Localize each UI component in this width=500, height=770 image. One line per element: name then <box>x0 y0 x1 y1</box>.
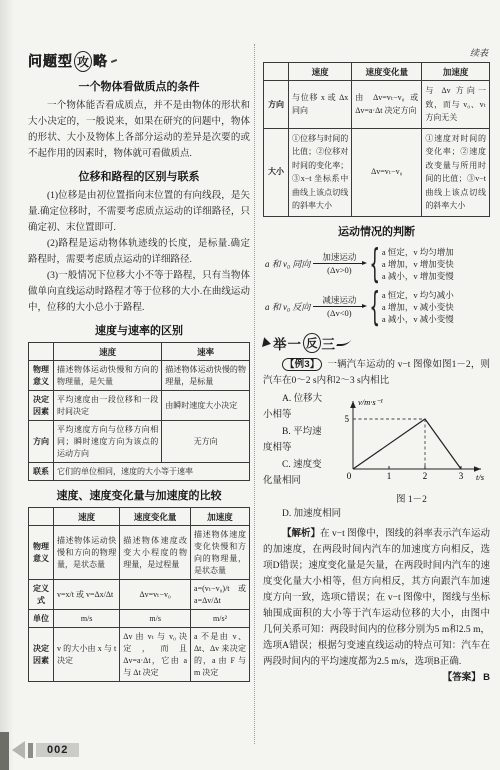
table-row: 决定因素 v 的大小由 x 与 t 决定 Δv 由 vₜ 与 v₀ 决定，而且 … <box>29 628 250 682</box>
cell: a 不是由 v、Δt、Δv 来决定的，a 由 F 与 m 决定 <box>191 628 250 682</box>
flow-process: 减速运动 <box>322 295 356 305</box>
cell: 由 Δv=vₜ−v₀ 或 Δv=a·Δt 决定方向 <box>352 81 422 129</box>
cell: v=x/t 或 v=Δx/Δt <box>54 580 120 610</box>
brace-icon: { <box>370 240 381 287</box>
cell: m/s² <box>191 610 250 628</box>
table-row: 决定因素 平均速度由一段位移和一段时间决定 由瞬时速度大小决定 <box>29 391 250 421</box>
table-row: 物理意义 描述物体运动快慢和方向的物理量，是矢量 描述物体运动快慢的物理量，是标… <box>29 361 250 391</box>
answer-inline: 【答案】 B <box>424 670 490 686</box>
row-label: 物理意义 <box>29 361 54 391</box>
flow-delta: (Δv>0) <box>327 265 351 275</box>
mass-point-paragraph: 一个物体能否看成质点，并不是由物体的形状和大小决定的，一般说来，如果在研究的问题… <box>28 98 250 162</box>
displacement-item-1: (1)位移是由初位置指向末位置的有向线段，是矢量.确定位移时，不需要考虑质点运动… <box>28 188 250 236</box>
example-label: 【例3】 <box>282 358 322 371</box>
column-divider <box>254 44 255 744</box>
col-header-rate: 速率 <box>162 343 250 361</box>
table-row: 单位 m/s m/s m/s² <box>29 610 250 628</box>
cell: 描述物体速度变化快慢和方向的物理量，是状态量 <box>191 526 250 580</box>
logo-text-end: 略 <box>93 51 108 71</box>
cell: 平均速度方向与位移方向相同；瞬时速度方向为该点的运动方向 <box>54 421 162 463</box>
table-row: 物理意义 描述物体运动快慢和方向的物理量，是状态量 描述物体速度改变大小程度的物… <box>29 526 250 580</box>
cell: ①位移与时间的比值；②位移对时间的变化率；③x−t 坐标系中曲线上该点切线的斜率… <box>289 128 352 216</box>
outcome: a 恒定，v 均匀增加 <box>382 246 454 258</box>
outcome: a 增加，v 增加变快 <box>382 258 454 270</box>
table-row: 定义式 v=x/t 或 v=Δx/Δt Δv=vₜ−v₀ a=(vₜ−v₀)/t… <box>29 580 250 610</box>
cell: Δv=vₜ−v₀ <box>352 128 422 216</box>
outcome: a 减小，v 减小变慢 <box>382 313 454 325</box>
binding-mark <box>0 732 9 770</box>
row-label: 单位 <box>29 610 54 628</box>
cell: 与位移 x 或 Δx 同向 <box>289 81 352 129</box>
cell: 由瞬时速度大小决定 <box>162 391 250 421</box>
table-corner-cell <box>264 63 289 81</box>
graph-x-tick-3: 3 <box>459 471 464 481</box>
cell: 描述物体速度改变大小程度的物理量，是过程量 <box>120 526 191 580</box>
analysis-paragraph: 【解析】在 v−t 图像中，图线的斜率表示汽车运动的加速度，在两段时间内汽车的加… <box>263 526 490 670</box>
heading-motion-judgment: 运动情况的判断 <box>263 223 490 239</box>
example-question: 【例3】一辆汽车运动的 v−t 图像如图1－2，则汽车在0～2 s内和2～3 s… <box>263 357 490 389</box>
table-row: 速度 速度变化量 加速度 <box>29 508 250 526</box>
row-label: 大小 <box>264 128 289 216</box>
flow-condition: a 和 v₀ 反向 <box>265 300 310 313</box>
answer-label: 【答案】 <box>443 672 481 683</box>
cell: ①速度对时间的变化率；②速度改变量与所用时间的比值；③v−t 曲线上该点切线的斜… <box>422 128 490 216</box>
table-row: 大小 ①位移与时间的比值；②位移对时间的变化率；③x−t 坐标系中曲线上该点切线… <box>264 128 490 216</box>
speed-delta-accel-table: 速度 速度变化量 加速度 物理意义 描述物体运动快慢和方向的物理量，是状态量 描… <box>28 507 250 682</box>
graph-x-tick-2: 2 <box>423 471 428 481</box>
practice-section-logo: 举一 反 三 <box>263 333 490 353</box>
table-corner-cell <box>29 508 54 526</box>
logo-text-main: 问题型 <box>28 51 73 71</box>
logo-tail-ornament <box>111 59 117 63</box>
practice-logo-text-end: 三 <box>322 333 337 353</box>
table-row: 方向 与位移 x 或 Δx 同向 由 Δv=vₜ−v₀ 或 Δv=a·Δt 决定… <box>264 81 490 129</box>
table-row: 速度 速度变化量 加速度 <box>264 63 490 81</box>
col-header-speed: 速度 <box>54 343 162 361</box>
practice-logo-text: 举一 <box>273 333 302 353</box>
option-d: D. 加速度相同 <box>263 506 490 523</box>
figure-caption: 图 1－2 <box>333 491 490 505</box>
flow-arrow: 减速运动 (Δv<0) <box>313 295 365 318</box>
cell: Δv=vₜ−v₀ <box>120 580 191 610</box>
outcome: a 恒定，v 均匀减小 <box>382 289 454 301</box>
left-column: 问题型 攻 略 一个物体看做质点的条件 一个物体能否看成质点，并不是由物体的形状… <box>28 50 250 686</box>
continued-comparison-table: 速度 速度变化量 加速度 方向 与位移 x 或 Δx 同向 由 Δv=vₜ−v₀… <box>263 62 490 217</box>
heading-displacement-vs-path: 位移和路程的区别与联系 <box>28 168 250 184</box>
cell: 描述物体运动快慢的物理量，是标量 <box>162 361 250 391</box>
cell: m/s <box>120 610 191 628</box>
page-number: 002 <box>36 743 79 757</box>
row-label: 联系 <box>29 463 54 481</box>
displacement-item-2: (2)路程是运动物体轨迹线的长度，是标量.确定路程时，需要考虑质点运动的详细路径… <box>28 236 250 268</box>
table-row: 速度 速率 <box>29 343 250 361</box>
outcome: a 增加，v 减小变快 <box>382 301 454 313</box>
options-block: v/m·s⁻¹ 5 0 1 2 3 t/s 图 1－2 A. 位移大小相等 B.… <box>263 391 490 523</box>
vt-graph: v/m·s⁻¹ 5 0 1 2 3 t/s <box>333 393 490 485</box>
heading-speed-vs-rate: 速度与速率的区别 <box>28 322 250 338</box>
flow-arrow: 加速运动 (Δv>0) <box>313 252 365 275</box>
graph-x-tick-1: 1 <box>387 471 392 481</box>
table-corner-cell <box>29 343 54 361</box>
cell: 描述物体运动快慢和方向的物理量，是矢量 <box>54 361 162 391</box>
cell: a=(vₜ−v₀)/t 或 a=Δv/Δt <box>191 580 250 610</box>
displacement-item-3: (3)一般情况下位移大小不等于路程，只有当物体做单向直线运动时路程才等于位移的大… <box>28 268 250 316</box>
cell: 与 Δv 方向一致，而与 v₀、vₜ 方向无关 <box>422 81 490 129</box>
heading-mass-point-condition: 一个物体看做质点的条件 <box>28 78 250 94</box>
left-arrow-icon <box>12 741 25 759</box>
example-3-block: 【例3】一辆汽车运动的 v−t 图像如图1－2，则汽车在0～2 s内和2～3 s… <box>263 357 490 671</box>
col-header-accel: 加速度 <box>422 63 490 81</box>
row-label: 物理意义 <box>29 526 54 580</box>
table-row: 方向 平均速度方向与位移方向相同；瞬时速度方向为该点的运动方向 无方向 <box>29 421 250 463</box>
heading-speed-delta-accel: 速度、速度变化量与加速度的比较 <box>28 487 250 503</box>
flow-case-decelerating: a 和 v₀ 反向 减速运动 (Δv<0) { a 恒定，v 均匀减小 a 增加… <box>265 289 490 325</box>
cell: 平均速度由一段位移和一段时间决定 <box>54 391 162 421</box>
row-label: 定义式 <box>29 580 54 610</box>
graph-x-tick-0: 0 <box>347 471 352 481</box>
graph-x-axis-label: t/s <box>476 472 485 482</box>
cell: v 的大小由 x 与 t 决定 <box>54 628 120 682</box>
cell: 它们的单位相同，速度的大小等于速率 <box>54 463 250 481</box>
right-column: 续表 速度 速度变化量 加速度 方向 与位移 x 或 Δx 同向 由 Δv=vₜ… <box>263 46 490 686</box>
outcome: a 减小，v 增加变慢 <box>382 270 454 282</box>
flag-icon <box>262 337 272 348</box>
right-arrow-icon <box>313 306 365 307</box>
row-label: 决定因素 <box>29 628 54 682</box>
flow-delta: (Δv<0) <box>327 308 351 318</box>
logo-swash-ornament <box>336 339 352 346</box>
col-header-accel: 加速度 <box>191 508 250 526</box>
speed-vs-rate-table: 速度 速率 物理意义 描述物体运动快慢和方向的物理量，是矢量 描述物体运动快慢的… <box>28 342 250 481</box>
vt-figure: v/m·s⁻¹ 5 0 1 2 3 t/s 图 1－2 <box>333 393 490 505</box>
brace-icon: { <box>370 283 381 330</box>
analysis-label: 【解析】 <box>282 528 320 539</box>
col-header-delta: 速度变化量 <box>352 63 422 81</box>
flow-outcomes: a 恒定，v 均匀增加 a 增加，v 增加变快 a 减小，v 增加变慢 <box>382 246 454 282</box>
flow-outcomes: a 恒定，v 均匀减小 a 增加，v 减小变快 a 减小，v 减小变慢 <box>382 289 454 325</box>
cell: 无方向 <box>162 421 250 463</box>
logo-text-circled: 攻 <box>74 51 92 72</box>
book-page: 问题型 攻 略 一个物体看做质点的条件 一个物体能否看成质点，并不是由物体的形状… <box>0 0 500 770</box>
row-label: 方向 <box>29 421 54 463</box>
cell: 描述物体运动快慢和方向的物理量，是状态量 <box>54 526 120 580</box>
cell: m/s <box>54 610 120 628</box>
col-header-delta: 速度变化量 <box>120 508 191 526</box>
col-header-speed: 速度 <box>54 508 120 526</box>
row-label: 决定因素 <box>29 391 54 421</box>
col-header-speed: 速度 <box>289 63 352 81</box>
analysis-text: 在 v−t 图像中，图线的斜率表示汽车运动的加速度，在两段时间内汽车的加速度方向… <box>263 529 490 667</box>
practice-logo-circled: 反 <box>303 333 321 353</box>
row-label: 方向 <box>264 81 289 129</box>
graph-y-mark: 5 <box>345 414 350 424</box>
tab-bar-icon <box>28 743 33 758</box>
right-arrow-icon <box>313 263 365 264</box>
cell: Δv 由 vₜ 与 v₀ 决定，而且 Δv=a·Δt，它由 a 与 Δt 决定 <box>120 628 191 682</box>
page-spine <box>0 0 14 770</box>
motion-judgment-flowchart: a 和 v₀ 同向 加速运动 (Δv>0) { a 恒定，v 均匀增加 a 增加… <box>265 246 490 325</box>
continued-table-label: 续表 <box>263 46 488 59</box>
flow-case-accelerating: a 和 v₀ 同向 加速运动 (Δv>0) { a 恒定，v 均匀增加 a 增加… <box>265 246 490 282</box>
page-number-tab: 002 <box>12 741 79 759</box>
flow-process: 加速运动 <box>322 252 356 262</box>
graph-y-axis-label: v/m·s⁻¹ <box>358 397 383 407</box>
answer-value: B <box>483 672 490 683</box>
table-row: 联系 它们的单位相同，速度的大小等于速率 <box>29 463 250 481</box>
flow-condition: a 和 v₀ 同向 <box>265 257 310 270</box>
topic-strategy-logo: 问题型 攻 略 <box>28 50 250 72</box>
